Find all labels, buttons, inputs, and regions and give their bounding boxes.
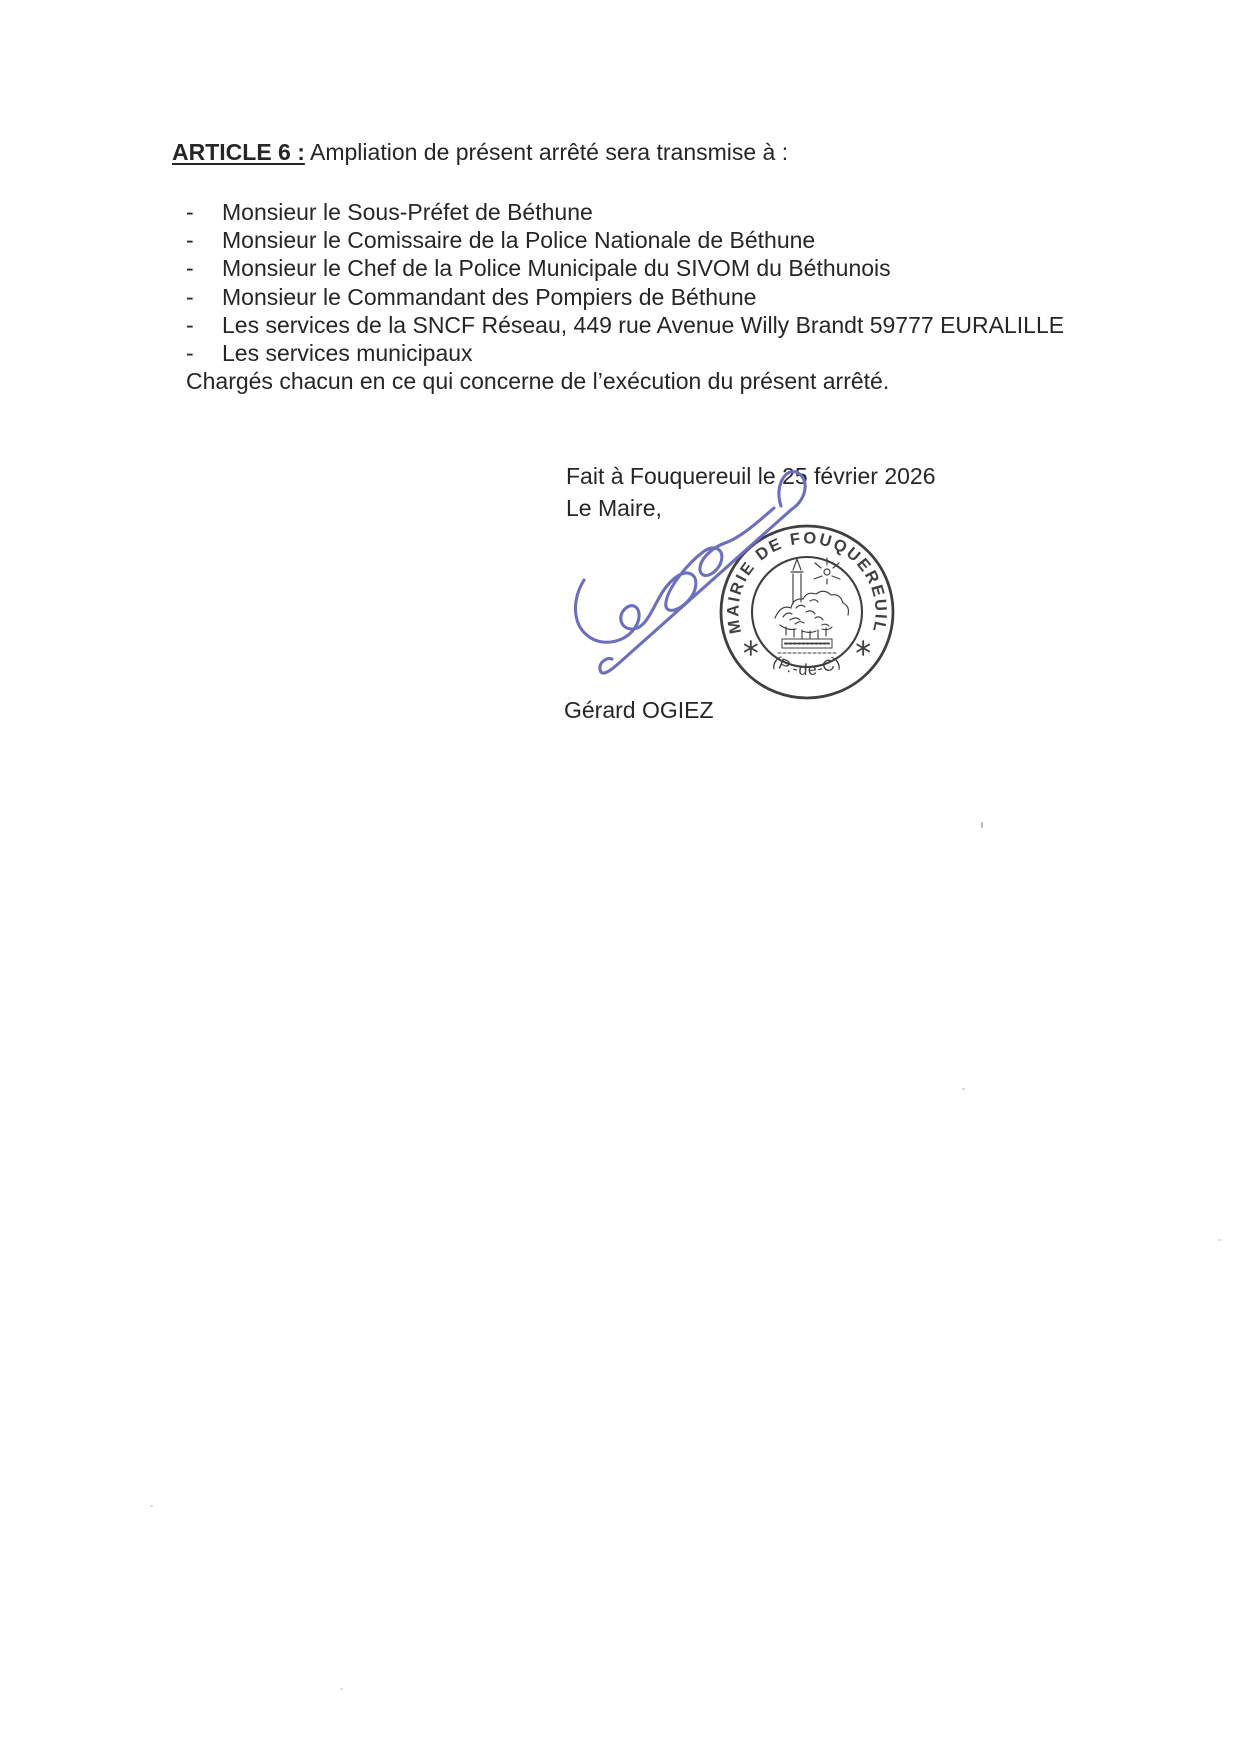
stamp-star-right: [857, 641, 869, 655]
article-label: ARTICLE 6 :: [172, 139, 305, 165]
list-item: - Monsieur le Commandant des Pompiers de…: [186, 283, 1106, 311]
list-item: - Les services municipaux: [186, 339, 1106, 367]
scan-speck: [981, 822, 983, 828]
list-item: - Monsieur le Sous-Préfet de Béthune: [186, 198, 1106, 226]
signature-ink: [538, 452, 848, 692]
recipients-list: - Monsieur le Sous-Préfet de Béthune - M…: [186, 198, 1106, 367]
list-item: - Les services de la SNCF Réseau, 449 ru…: [186, 311, 1106, 339]
list-item-dash: -: [186, 254, 222, 282]
closing-line: Chargés chacun en ce qui concerne de l’e…: [186, 367, 1106, 395]
list-item: - Monsieur le Comissaire de la Police Na…: [186, 226, 1106, 254]
list-item-dash: -: [186, 311, 222, 339]
list-item-text: Monsieur le Chef de la Police Municipale…: [222, 254, 891, 282]
scan-speck: [150, 1505, 153, 1507]
signature-graphic: [538, 452, 848, 692]
list-item-text: Les services de la SNCF Réseau, 449 rue …: [222, 311, 1064, 339]
list-item-text: Monsieur le Sous-Préfet de Béthune: [222, 198, 593, 226]
list-item-dash: -: [186, 283, 222, 311]
list-item: - Monsieur le Chef de la Police Municipa…: [186, 254, 1106, 282]
scan-speck: [340, 1688, 343, 1690]
article-heading: ARTICLE 6 : Ampliation de présent arrêté…: [172, 139, 788, 166]
list-item-dash: -: [186, 339, 222, 367]
list-item-text: Monsieur le Commandant des Pompiers de B…: [222, 283, 756, 311]
recipients-block: - Monsieur le Sous-Préfet de Béthune - M…: [186, 198, 1106, 395]
list-item-dash: -: [186, 226, 222, 254]
scan-speck: [962, 1088, 965, 1090]
article-text: Ampliation de présent arrêté sera transm…: [310, 139, 788, 165]
scan-speck: [1218, 1239, 1221, 1241]
list-item-text: Monsieur le Comissaire de la Police Nati…: [222, 226, 815, 254]
list-item-text: Les services municipaux: [222, 339, 473, 367]
list-item-dash: -: [186, 198, 222, 226]
signer-name: Gérard OGIEZ: [564, 697, 714, 724]
